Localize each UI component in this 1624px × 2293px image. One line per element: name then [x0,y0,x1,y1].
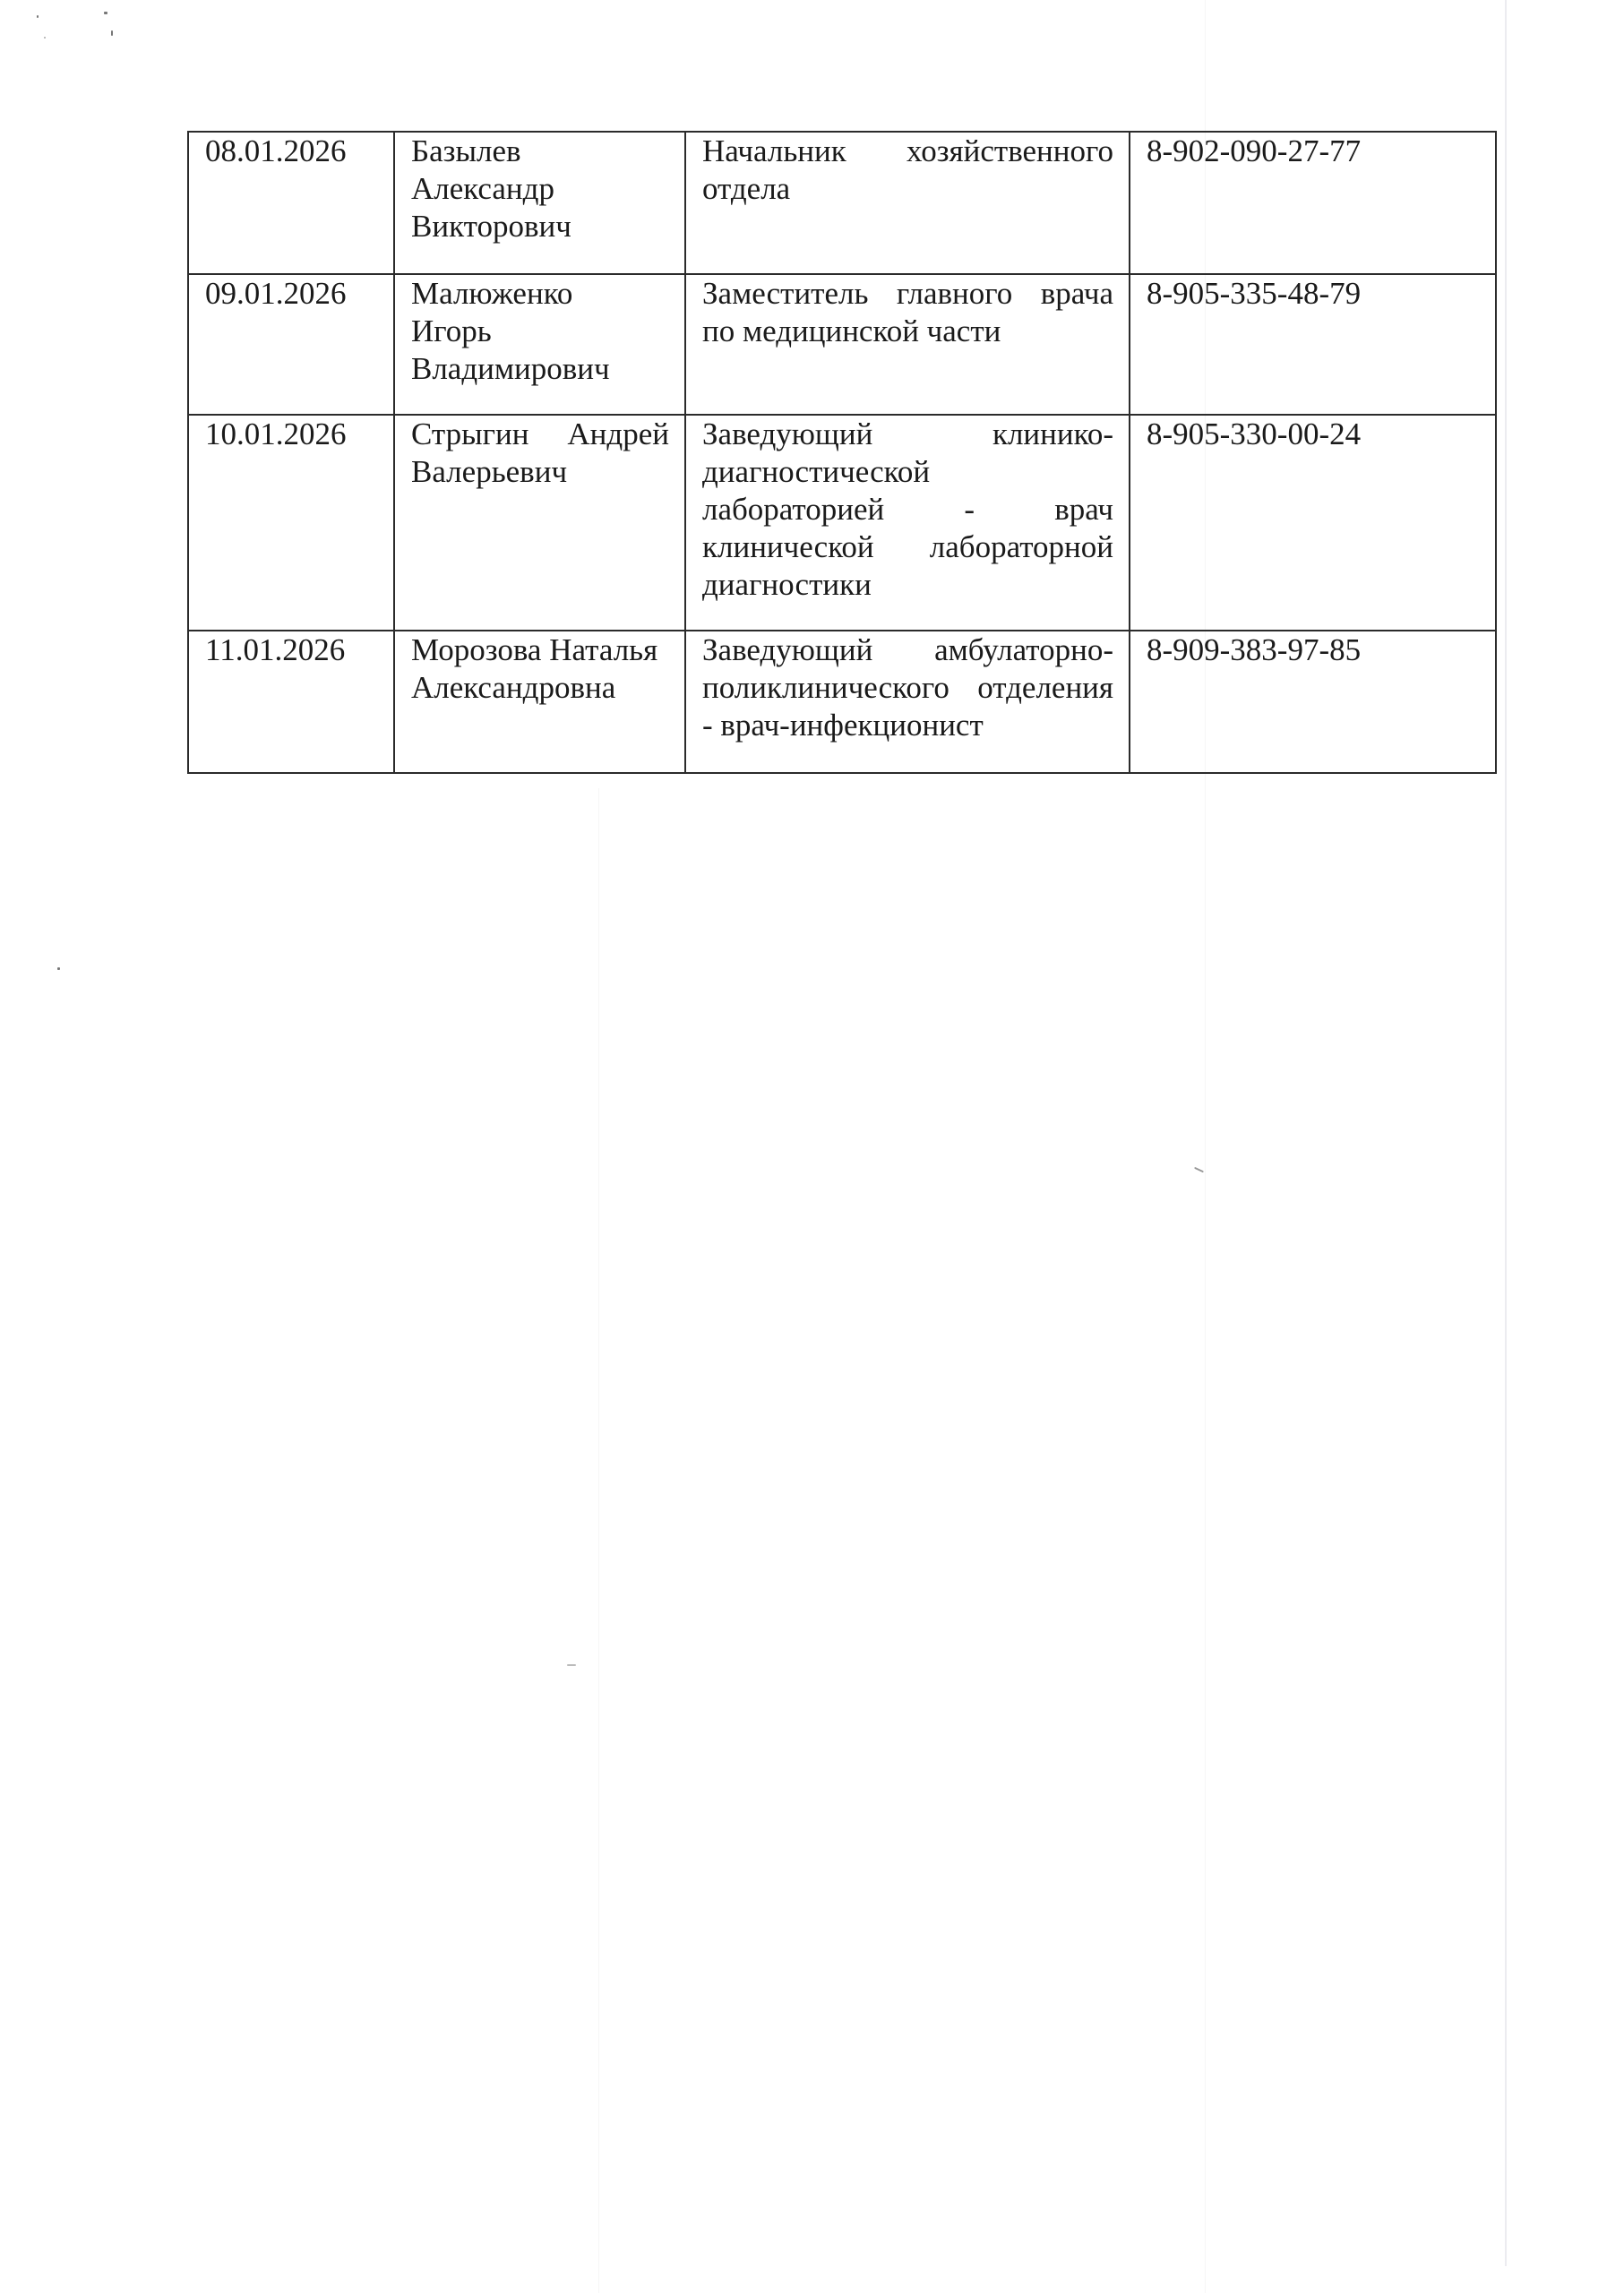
position-line: диагностики [702,566,1113,604]
table-row: 11.01.2026 Морозова Наталья Александровн… [188,631,1496,773]
position-cell: Начальник хозяйственного отдела [685,132,1130,274]
position-line: Заместитель главного врача [702,275,1113,313]
date-cell: 10.01.2026 [188,415,394,631]
duty-schedule-table: 08.01.2026 Базылев Александр Викторович … [187,131,1497,774]
table-row: 09.01.2026 Малюженко Игорь Владимирович … [188,274,1496,415]
position-line: клинической лабораторной [702,528,1113,566]
name-line: Малюженко [411,275,669,313]
name-cell: Стрыгин Андрей Валерьевич [394,415,685,631]
name-line: Викторович [411,208,669,245]
date-cell: 08.01.2026 [188,132,394,274]
name-cell: Малюженко Игорь Владимирович [394,274,685,415]
scan-speck [44,37,46,39]
phone-number: 8-909-383-97-85 [1147,631,1480,669]
name-line: Владимирович [411,350,669,388]
name-cell: Морозова Наталья Александровна [394,631,685,773]
date-text: 11.01.2026 [205,631,378,669]
name-line: Валерьевич [411,453,669,491]
phone-cell: 8-909-383-97-85 [1130,631,1496,773]
phone-cell: 8-905-335-48-79 [1130,274,1496,415]
date-cell: 09.01.2026 [188,274,394,415]
date-text: 09.01.2026 [205,275,378,313]
position-cell: Заместитель главного врача по медицинско… [685,274,1130,415]
name-line: Морозова Наталья [411,631,669,669]
scan-speck [104,12,107,14]
scan-edge-line [1505,0,1507,2266]
scan-speck [57,967,60,970]
name-line: Стрыгин Андрей [411,416,669,453]
position-line: диагностической [702,453,1113,491]
date-cell: 11.01.2026 [188,631,394,773]
position-line: - врач-инфекционист [702,707,1113,744]
table-row: 10.01.2026 Стрыгин Андрей Валерьевич Зав… [188,415,1496,631]
position-line: поликлинического отделения [702,669,1113,707]
phone-number: 8-902-090-27-77 [1147,133,1480,170]
position-line: Заведующий амбулаторно- [702,631,1113,669]
name-line: Александр [411,170,669,208]
name-cell: Базылев Александр Викторович [394,132,685,274]
phone-cell: 8-902-090-27-77 [1130,132,1496,274]
position-line: по медицинской части [702,313,1113,350]
scan-speck [111,30,113,36]
date-text: 10.01.2026 [205,416,378,453]
name-line: Александровна [411,669,669,707]
scan-seam-line [598,788,599,2293]
name-line: Игорь [411,313,669,350]
position-cell: Заведующий амбулаторно- поликлинического… [685,631,1130,773]
scan-speck [1194,1167,1204,1172]
phone-number: 8-905-330-00-24 [1147,416,1480,453]
scanned-page: 08.01.2026 Базылев Александр Викторович … [0,0,1624,2293]
position-line: Начальник хозяйственного [702,133,1113,170]
scan-speck [37,15,39,18]
position-line: Заведующий клинико- [702,416,1113,453]
position-line: отдела [702,170,1113,208]
name-line: Базылев [411,133,669,170]
scan-speck [567,1664,576,1666]
position-line: лабораторией - врач [702,491,1113,528]
phone-cell: 8-905-330-00-24 [1130,415,1496,631]
table-row: 08.01.2026 Базылев Александр Викторович … [188,132,1496,274]
position-cell: Заведующий клинико- диагностической лабо… [685,415,1130,631]
date-text: 08.01.2026 [205,133,378,170]
phone-number: 8-905-335-48-79 [1147,275,1480,313]
